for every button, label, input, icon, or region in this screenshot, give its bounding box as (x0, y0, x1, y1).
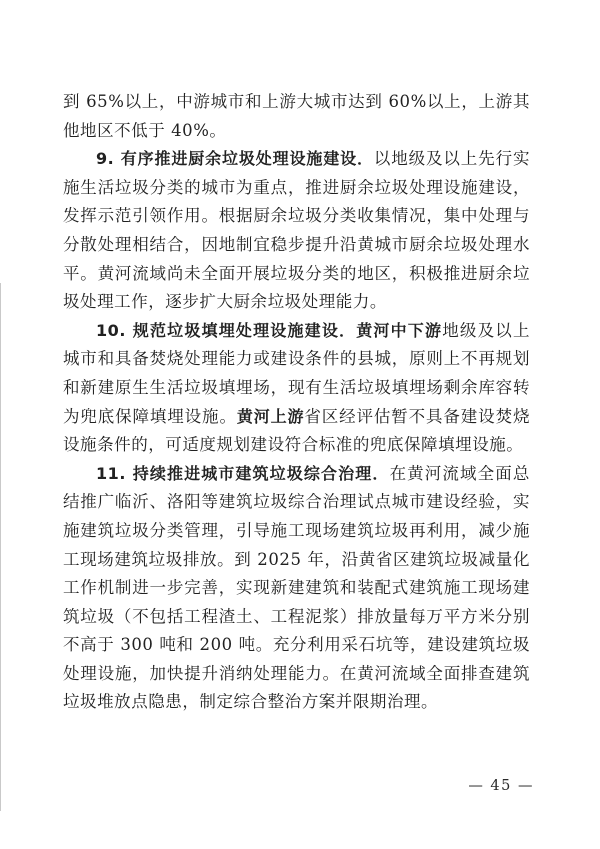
item-11-body: 在黄河流域全面总结推广临沂、洛阳等建筑垃圾综合治理试点城市建设经验，实施建筑垃圾… (63, 464, 530, 712)
item-9-heading: 9. 有序推进厨余垃圾处理设施建设． (96, 149, 374, 168)
body-text: 到 65%以上，中游城市和上游大城市达到 60%以上，上游其他地区不低于 40%… (63, 88, 530, 717)
paragraph-text: 到 65%以上，中游城市和上游大城市达到 60%以上，上游其他地区不低于 40%… (63, 92, 530, 140)
paragraph-item-11: 11. 持续推进城市建筑垃圾综合治理．在黄河流域全面总结推广临沂、洛阳等建筑垃圾… (63, 460, 530, 717)
paragraph-item-10: 10. 规范垃圾填埋处理设施建设．黄河中下游地级及以上城市和具备焚烧处理能力或建… (63, 317, 530, 460)
item-10-emphasis: 黄河上游 (237, 407, 305, 426)
paragraph-continuation: 到 65%以上，中游城市和上游大城市达到 60%以上，上游其他地区不低于 40%… (63, 88, 530, 145)
document-page: 到 65%以上，中游城市和上游大城市达到 60%以上，上游其他地区不低于 40%… (0, 0, 600, 849)
page-number: — 45 — (468, 778, 534, 794)
item-10-heading: 10. 规范垃圾填埋处理设施建设．黄河中下游 (96, 321, 442, 340)
item-9-body: 以地级及以上先行实施生活垃圾分类的城市为重点，推进厨余垃圾处理设施建设，发挥示范… (63, 149, 530, 311)
item-11-heading: 11. 持续推进城市建筑垃圾综合治理． (96, 464, 390, 483)
paragraph-item-9: 9. 有序推进厨余垃圾处理设施建设．以地级及以上先行实施生活垃圾分类的城市为重点… (63, 145, 530, 317)
scan-edge-artifact (0, 283, 1, 811)
